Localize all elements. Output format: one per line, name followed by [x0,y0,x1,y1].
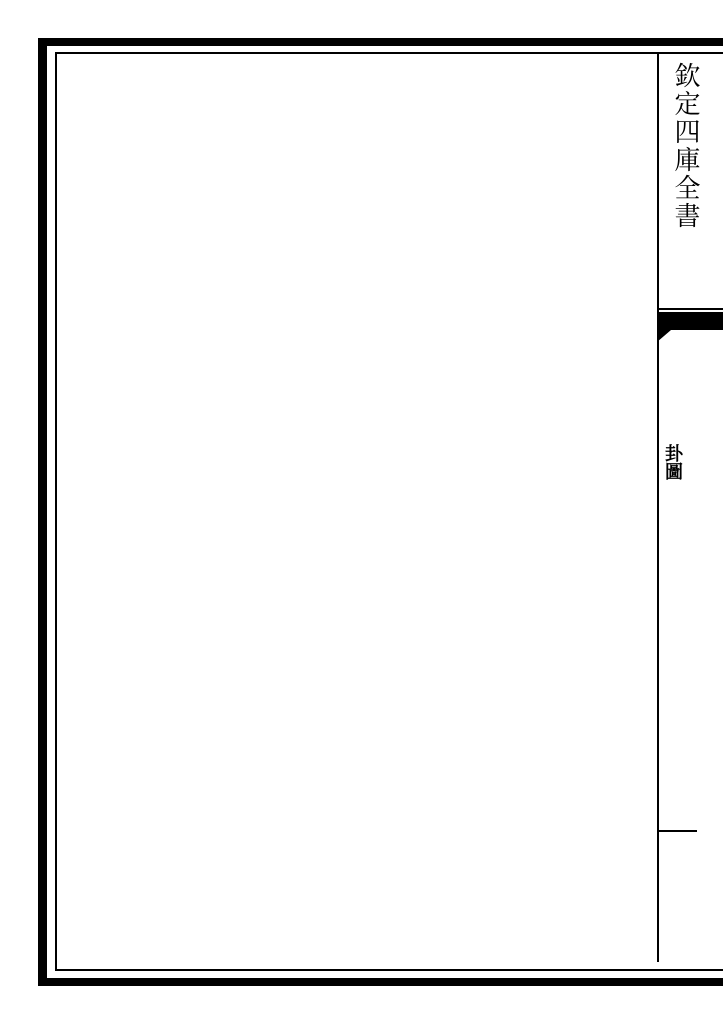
lower-rule [657,830,697,832]
fish-tail-rule [657,308,723,310]
book-title: 欽定四庫全書 [664,62,704,230]
inner-page-border [55,52,723,971]
section-label: 卦圖 [661,444,683,480]
center-fold-line [657,54,659,962]
